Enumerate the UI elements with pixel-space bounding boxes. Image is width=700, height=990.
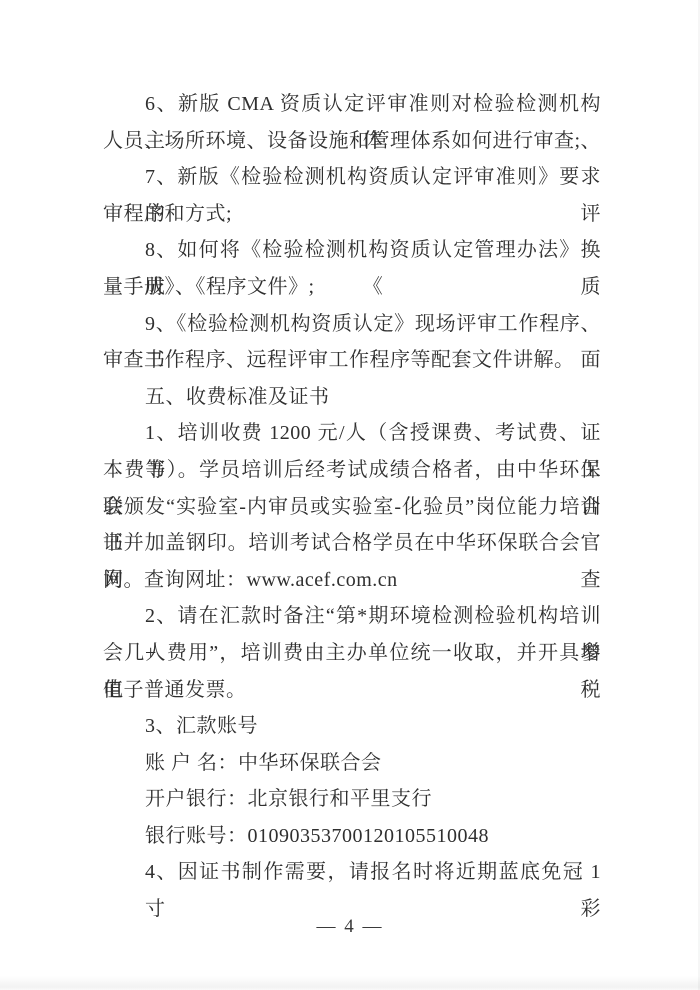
text-line: 会颁发“实验室-内审员或实验室-化验员”岗位能力培训证 [103,489,601,526]
text-line: 开户银行：北京银行和平里支行 [103,781,601,818]
text-line: 账 户 名：中华环保联合会 [103,745,601,782]
text-line: 本费等）。学员培训后经考试成绩合格者，由中华环保联合 [103,452,601,489]
text-line: 3、汇款账号 [103,708,601,745]
text-line: 会几人费用”，培训费由主办单位统一收取，并开具增值税 [103,635,601,672]
scan-artifact-bottom [0,976,700,990]
text-line: 2、请在汇款时备注“第*期环境检测检验机构培训+参 [103,598,601,635]
text-line: 审查工作程序、远程评审工作程序等配套文件讲解。 [103,342,601,379]
text-line: 银行账号：01090353700120105510048 [103,818,601,855]
text-line: 8、如何将《检验检测机构资质认定管理办法》换成《质 [103,232,601,269]
document-page: 6、新版 CMA 资质认定评审准则对检验检测机构主体、人员、场所环境、设备设施和… [0,0,700,990]
page-number: — 4 — [0,912,700,942]
text-line: 五、收费标准及证书 [103,379,601,416]
text-line: 人员、场所环境、设备设施和管理体系如何进行审查; [103,123,601,160]
document-body: 6、新版 CMA 资质认定评审准则对检验检测机构主体、人员、场所环境、设备设施和… [103,86,601,891]
text-line: 6、新版 CMA 资质认定评审准则对检验检测机构主体、 [103,86,601,123]
text-line: 4、因证书制作需要，请报名时将近期蓝底免冠 1 寸彩 [103,854,601,891]
text-line: 书并加盖钢印。培训考试合格学员在中华环保联合会官网查 [103,525,601,562]
text-line: 1、培训收费 1200 元/人（含授课费、考试费、证书工 [103,415,601,452]
text-line: 7、新版《检验检测机构资质认定评审准则》要求的评 [103,159,601,196]
text-line: 9、《检验检测机构资质认定》现场评审工作程序、书面 [103,306,601,343]
